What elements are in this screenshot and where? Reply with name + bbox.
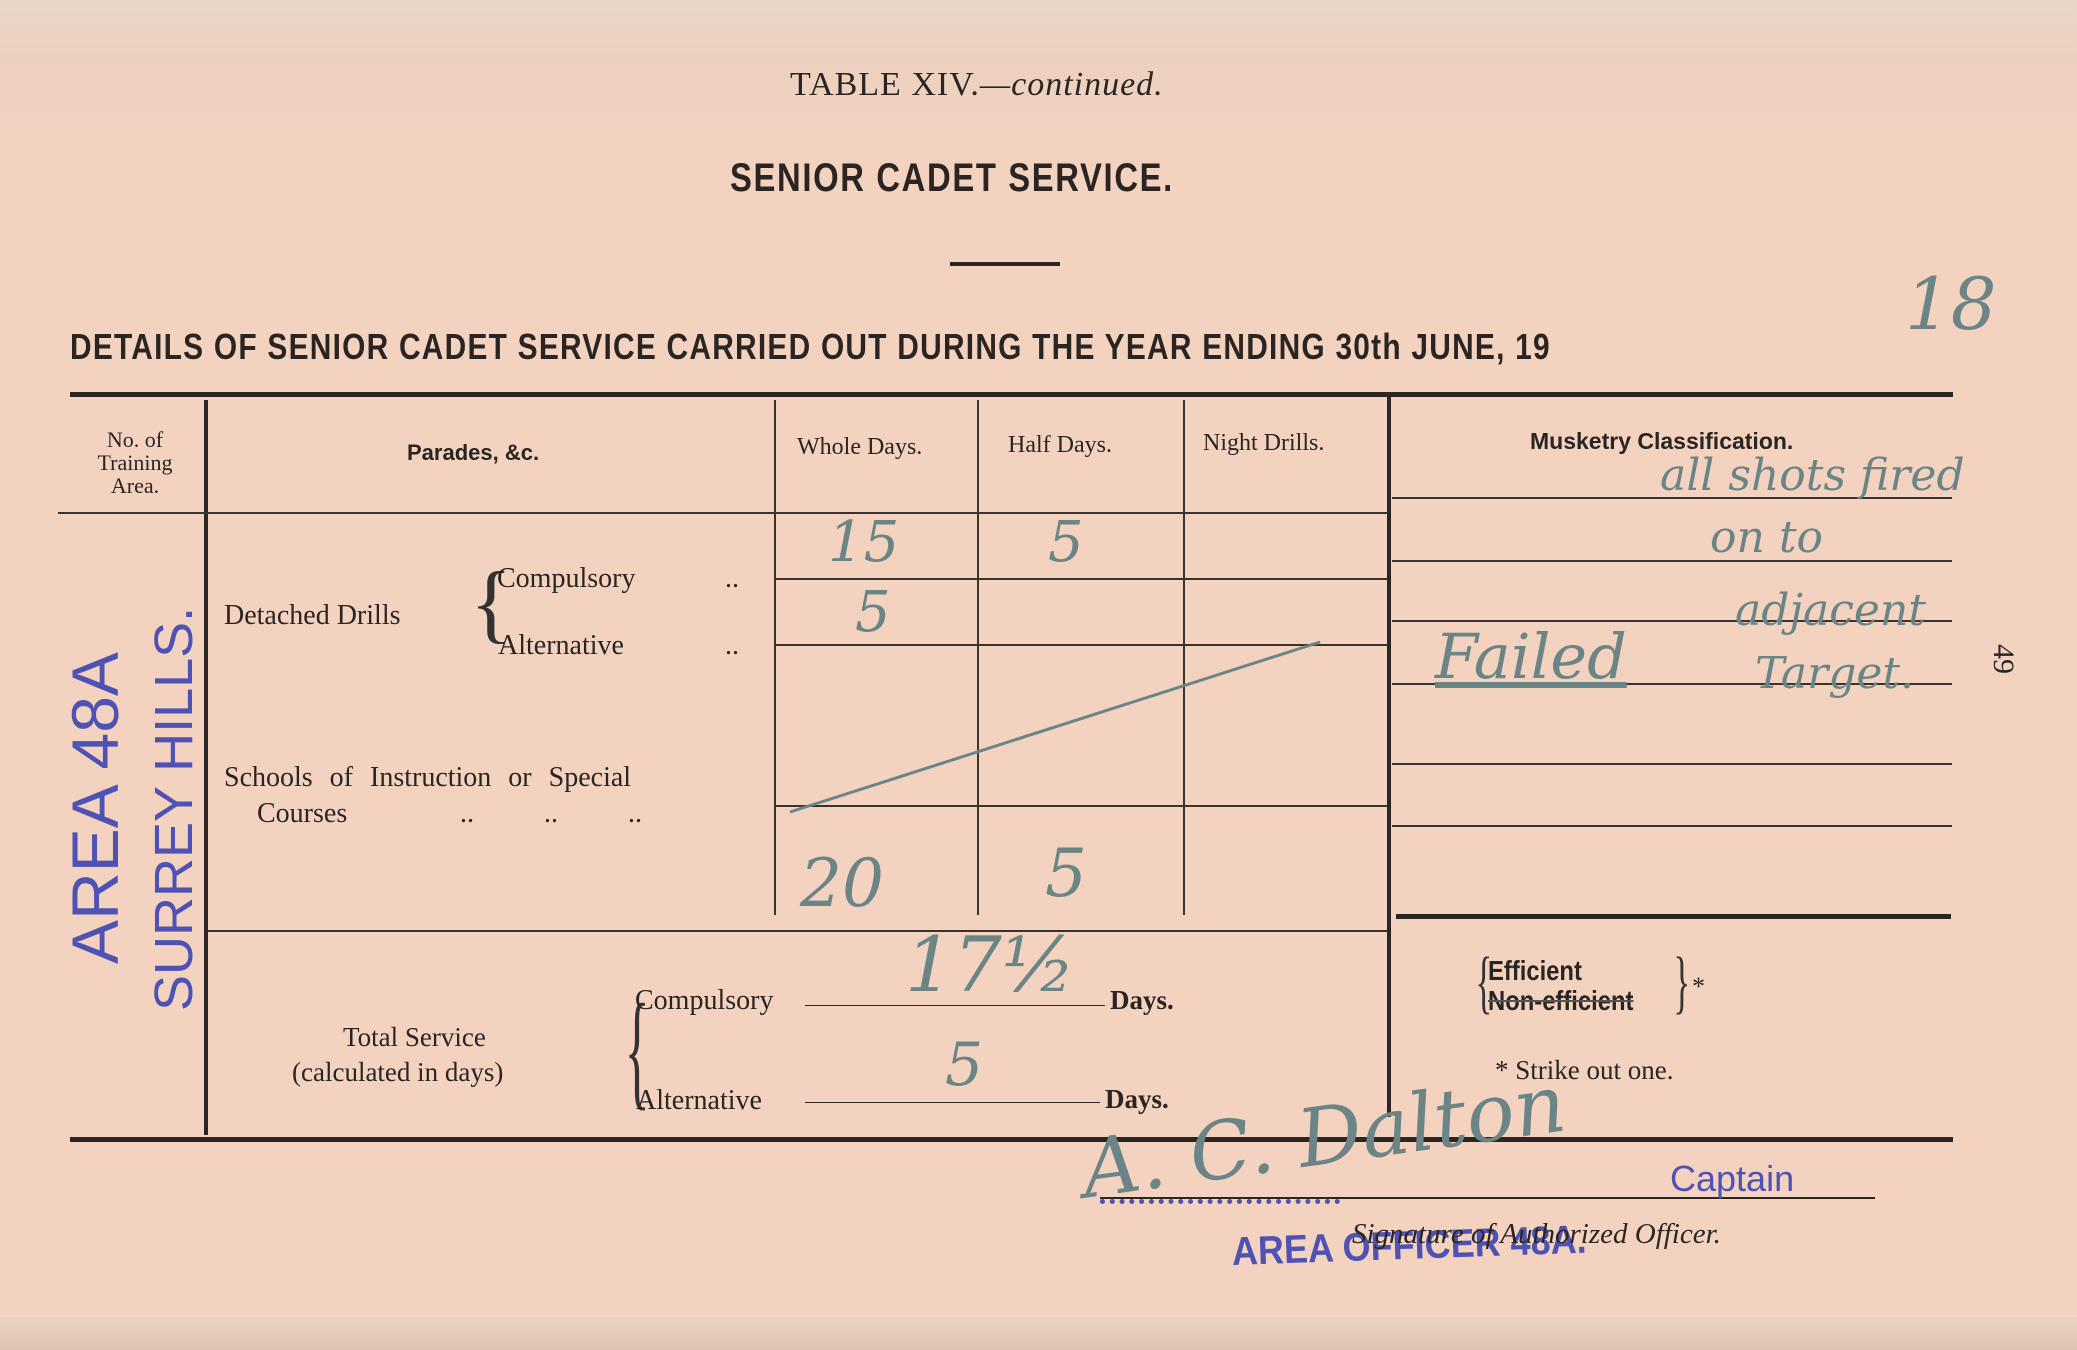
musketry-column-divider bbox=[1387, 397, 1391, 1117]
page-number: 49 bbox=[1986, 644, 2020, 674]
table-bottom-rule bbox=[70, 1137, 1953, 1142]
alternative-fill-line bbox=[805, 1102, 1100, 1103]
schools-label: Schools of Instruction or Special bbox=[224, 762, 631, 794]
musketry-line bbox=[1392, 763, 1952, 765]
total-half-days: 5 bbox=[1045, 835, 1087, 912]
musketry-note-line4: Target. bbox=[1755, 648, 1914, 699]
compulsory-half-days: 5 bbox=[1048, 510, 1084, 575]
table-top-rule bbox=[70, 392, 1953, 397]
alternative-days-label: Days. bbox=[1105, 1084, 1169, 1115]
year-handwritten: 18 bbox=[1905, 262, 1997, 346]
leader-dots: .. .. .. bbox=[460, 798, 642, 830]
cross-out-stroke bbox=[780, 630, 1340, 820]
non-efficient-option: Non-efficient bbox=[1488, 985, 1633, 1017]
captain-stamp: Captain bbox=[1670, 1158, 1794, 1200]
leader-dots: .. bbox=[725, 630, 739, 662]
table-label: TABLE XIV.—continued. bbox=[790, 66, 1164, 104]
details-heading: DETAILS OF SENIOR CADET SERVICE CARRIED … bbox=[70, 326, 1551, 368]
header-row-rule bbox=[58, 512, 1388, 514]
alternative-label: Alternative bbox=[498, 630, 624, 662]
musketry-note-line2: on to bbox=[1710, 512, 1823, 563]
detached-drills-label: Detached Drills bbox=[224, 600, 401, 632]
area-stamp-line1: AREA 48A bbox=[57, 618, 133, 998]
musketry-note-line1: all shots fired bbox=[1660, 450, 1965, 501]
total-alternative-label: Alternative bbox=[636, 1085, 762, 1117]
parades-column-divider bbox=[774, 400, 776, 915]
signature-caption: Signature of Authorized Officer. bbox=[1352, 1218, 1721, 1251]
page-title: SENIOR CADET SERVICE. bbox=[730, 156, 1174, 201]
total-compulsory-label: Compulsory bbox=[635, 985, 773, 1017]
courses-label: Courses bbox=[257, 798, 347, 830]
total-service-label: Total Service bbox=[343, 1022, 486, 1053]
leader-dots: .. bbox=[725, 563, 739, 595]
brace-efficiency-right: } bbox=[1673, 948, 1690, 1018]
musketry-note-line3: adjacent bbox=[1735, 585, 1926, 636]
compulsory-label: Compulsory bbox=[497, 563, 635, 595]
header-half-days: Half Days. bbox=[1008, 432, 1112, 459]
efficient-option: Efficient bbox=[1488, 955, 1582, 987]
title-divider bbox=[950, 262, 1060, 266]
area-stamp-line2: SURREY HILLS. bbox=[143, 611, 205, 1011]
total-alternative-value: 5 bbox=[945, 1030, 983, 1100]
header-whole-days: Whole Days. bbox=[797, 434, 922, 461]
total-whole-days: 20 bbox=[800, 845, 884, 922]
compulsory-whole-days: 15 bbox=[828, 510, 899, 575]
musketry-line bbox=[1392, 825, 1952, 827]
compulsory-days-label: Days. bbox=[1110, 985, 1174, 1016]
totals-top-rule bbox=[208, 930, 1388, 932]
header-parades: Parades, &c. bbox=[407, 440, 539, 466]
page-bottom-edge bbox=[0, 1318, 2077, 1350]
musketry-line bbox=[1392, 560, 1952, 562]
header-training-area: No. of Training Area. bbox=[80, 428, 190, 497]
total-service-sublabel: (calculated in days) bbox=[292, 1057, 503, 1088]
efficiency-asterisk: * bbox=[1692, 972, 1705, 1002]
header-night-drills: Night Drills. bbox=[1203, 430, 1324, 457]
stamp-dots bbox=[1100, 1193, 1340, 1204]
total-compulsory-value: 17½ bbox=[905, 920, 1075, 1009]
musketry-bottom-rule bbox=[1396, 914, 1951, 919]
musketry-result: Failed bbox=[1435, 620, 1627, 693]
